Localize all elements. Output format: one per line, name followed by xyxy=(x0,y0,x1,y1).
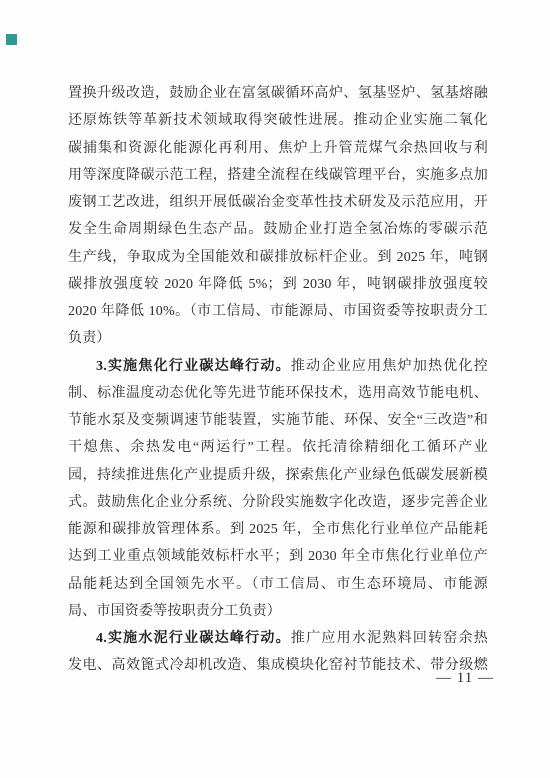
text-line: 废钢工艺改进，组织开展低碳冶金变革性技术研发及示范应用，开 xyxy=(68,189,488,216)
document-page: { "accent": { "color": "#2b9c8e" }, "doc… xyxy=(0,0,550,778)
text-line: 生产线，争取成为全国能效和碳排放标杆企业。到 2025 年，吨钢 xyxy=(68,244,488,271)
text-line: 局、市国资委等按职责分工负责） xyxy=(68,598,488,625)
text-line: 能源和碳排放管理体系。到 2025 年，全市焦化行业单位产品能耗 xyxy=(68,516,488,543)
text-line: 式。鼓励焦化企业分系统、分阶段实施数字化改造，逐步完善企业 xyxy=(68,489,488,516)
accent-square xyxy=(6,34,17,45)
text-line: 发全生命周期绿色生态产品。鼓励企业打造全氢冶炼的零碳示范 xyxy=(68,216,488,243)
text-line: 置换升级改造，鼓励企业在富氢碳循环高炉、氢基竖炉、氢基熔融 xyxy=(68,80,488,107)
text-line: 品能耗达到全国领先水平。（市工信局、市生态环境局、市能源 xyxy=(68,571,488,598)
paragraph-lead-line: 4.实施水泥行业碳达峰行动。推广应用水泥熟料回转窑余热 xyxy=(68,625,488,652)
text-line: 还原炼铁等革新技术领域取得突破性进展。推动企业实施二氧化 xyxy=(68,107,488,134)
line-text: 推广应用水泥熟料回转窑余热 xyxy=(291,631,488,646)
action-title: 4.实施水泥行业碳达峰行动。 xyxy=(96,631,291,646)
text-line: 碳捕集和资源化能源化再利用、焦炉上升管荒煤气余热回收与利 xyxy=(68,135,488,162)
text-line: 制、标准温度动态优化等先进节能环保技术，选用高效节能电机、 xyxy=(68,380,488,407)
text-line: 用等深度降碳示范工程，搭建全流程在线碳管理平台，实施多点加 xyxy=(68,162,488,189)
text-line: 园，持续推进焦化产业提质升级，探索焦化产业绿色低碳发展新模 xyxy=(68,462,488,489)
text-line: 干熄焦、余热发电“两运行”工程。依托清徐精细化工循环产业 xyxy=(68,434,488,461)
page-number: — 11 — xyxy=(436,670,494,687)
line-text: 推动企业应用焦炉加热优化控 xyxy=(291,359,488,374)
text-line: 负责） xyxy=(68,325,488,352)
text-line: 2020 年降低 10%。（市工信局、市能源局、市国资委等按职责分工 xyxy=(68,298,488,325)
page-background: 置换升级改造，鼓励企业在富氢碳循环高炉、氢基竖炉、氢基熔融 还原炼铁等革新技术领… xyxy=(0,0,550,778)
text-line: 节能水泵及变频调速节能装置，实施节能、环保、安全“三改造”和 xyxy=(68,407,488,434)
paragraph-lead-line: 3.实施焦化行业碳达峰行动。推动企业应用焦炉加热优化控 xyxy=(68,353,488,380)
text-line: 达到工业重点领域能效标杆水平；到 2030 年全市焦化行业单位产 xyxy=(68,543,488,570)
text-line: 发电、高效篦式冷却机改造、集成模块化窑衬节能技术、带分级燃 xyxy=(68,652,488,679)
action-title: 3.实施焦化行业碳达峰行动。 xyxy=(96,359,291,374)
document-text-block: 置换升级改造，鼓励企业在富氢碳循环高炉、氢基竖炉、氢基熔融 还原炼铁等革新技术领… xyxy=(68,80,488,680)
text-line: 碳排放强度较 2020 年降低 5%；到 2030 年，吨钢碳排放强度较 xyxy=(68,271,488,298)
